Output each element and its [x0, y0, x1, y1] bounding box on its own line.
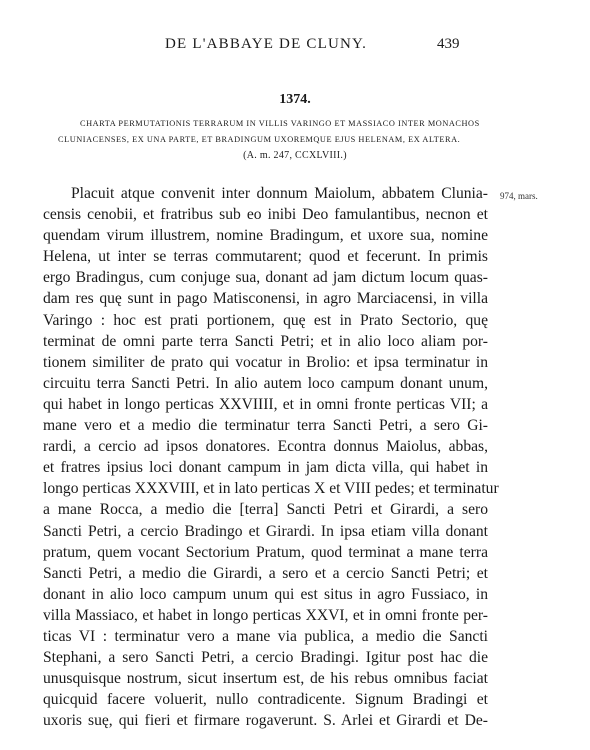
body-line: Stephani, a sero Sancti Petri, a cercio … [43, 647, 488, 668]
body-line: circuitu terra Sancti Petri. In alio aut… [43, 373, 488, 394]
body-line: tionem similiter de prato qui vocatur in… [43, 352, 488, 373]
charter-title-line: CLUNIACENSES, EX UNA PARTE, ET BRADINGUM… [58, 132, 458, 148]
body-line: mane vero et a medio die terminatur terr… [43, 415, 488, 436]
margin-date-note: 974, mars. [500, 191, 538, 201]
charter-number: 1374. [0, 92, 590, 108]
body-line: a mane Rocca, a medio die [terra] Sancti… [43, 499, 488, 520]
body-line: qui habet in longo perticas XXVIIII, et … [43, 394, 488, 415]
body-line: Sancti Petri, a medio die Girardi, a ser… [43, 563, 488, 584]
body-line: pratum, quem vocant Sectorium Pratum, qu… [43, 542, 488, 563]
body-line: Placuit atque convenit inter donnum Maio… [43, 183, 488, 204]
charter-title: CHARTA PERMUTATIONIS TERRARUM IN VILLIS … [58, 116, 458, 148]
body-line: uxoris suę, qui fieri et firmare rogaver… [43, 710, 488, 731]
body-line: quicquid facere voluerit, nullo contradi… [43, 689, 488, 710]
running-head: DE L'ABBAYE DE CLUNY. 439 [0, 36, 590, 56]
charter-title-line: CHARTA PERMUTATIONIS TERRARUM IN VILLIS … [58, 116, 458, 132]
body-line: quendam virum illustrem, nomine Bradingu… [43, 225, 488, 246]
body-line: rardi, a cercio ad ipsos donatores. Econ… [43, 436, 488, 457]
running-title: DE L'ABBAYE DE CLUNY. [165, 36, 367, 53]
charter-body: Placuit atque convenit inter donnum Maio… [43, 183, 488, 731]
body-line: Sancti Petri, a cercio Bradingo et Girar… [43, 521, 488, 542]
body-line: dam res quę sunt in pago Matisconensi, i… [43, 288, 488, 309]
body-line: terminat de omni parte terra Sancti Petr… [43, 331, 488, 352]
body-line: ticas VI : terminatur vero a mane via pu… [43, 626, 488, 647]
body-line: donant in alio loco campum unum qui est … [43, 584, 488, 605]
body-line: Helena, ut inter se terras commutarent; … [43, 246, 488, 267]
charter-date: (A. m. 247, CCXLVIII.) [0, 150, 590, 161]
body-line: et fratres ipsius loci donant campum in … [43, 457, 488, 478]
body-line: villa Massiaco, et habet in longo pertic… [43, 605, 488, 626]
body-line: Varingo : hoc est prati portionem, quę e… [43, 310, 488, 331]
body-line: unusquisque nostrum, sicut insertum est,… [43, 668, 488, 689]
page-number: 439 [437, 36, 460, 53]
body-line: longo perticas XXXVIII, et in lato perti… [43, 478, 488, 499]
body-line: censis cenobii, et fratribus sub eo inib… [43, 204, 488, 225]
body-line: ergo Bradingus, cum conjuge sua, donant … [43, 267, 488, 288]
